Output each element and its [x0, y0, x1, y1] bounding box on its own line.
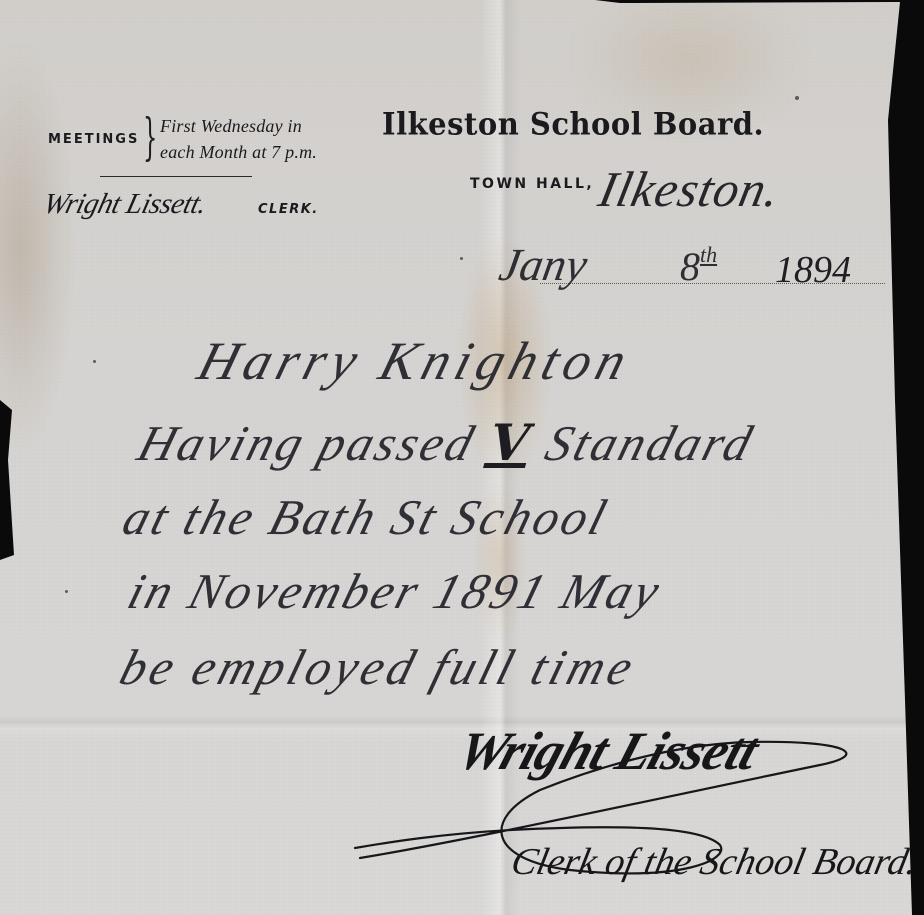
- ink-speck: [65, 590, 68, 593]
- signature-name: Wright Lissett: [450, 720, 766, 782]
- date-day: 8th: [680, 242, 717, 290]
- meetings-brace: }: [143, 112, 157, 162]
- address-printed: TOWN HALL,: [470, 176, 594, 192]
- meetings-schedule-line-2: each Month at 7 p.m.: [160, 142, 317, 163]
- letterhead-clerk-title: CLERK.: [258, 202, 319, 217]
- letterhead-clerk-name: Wright Lissett.: [40, 188, 210, 221]
- ink-speck: [795, 96, 799, 100]
- standard-roman-numeral: V: [482, 413, 541, 472]
- date-month: Jany: [495, 238, 591, 291]
- body-line-5: be employed full time: [114, 638, 644, 696]
- body-line-2-end: Standard: [539, 415, 761, 471]
- body-line-2: Having passed V Standard: [132, 413, 762, 472]
- document-photo: MEETINGS } First Wednesday in each Month…: [0, 0, 924, 915]
- meetings-label: MEETINGS: [48, 132, 139, 147]
- letterhead-divider: [100, 176, 252, 177]
- body-line-3: at the Bath St School: [117, 488, 616, 546]
- ink-speck: [460, 257, 463, 260]
- date-day-suffix: th: [700, 242, 717, 267]
- ink-speck: [93, 360, 96, 363]
- body-line-2-start: Having passed: [132, 415, 483, 471]
- address-handwritten: Ilkeston.: [594, 160, 786, 218]
- letter-paper: MEETINGS } First Wednesday in each Month…: [0, 0, 924, 915]
- date-day-number: 8: [680, 244, 700, 289]
- body-line-4: in November 1891 May: [122, 562, 669, 620]
- organization-title: Ilkeston School Board.: [382, 106, 764, 142]
- signature-title: Clerk of the School Board.: [507, 840, 921, 884]
- date-year: 1894: [775, 248, 851, 292]
- body-line-1: Harry Knighton: [191, 330, 639, 392]
- meetings-schedule-line-1: First Wednesday in: [160, 116, 302, 137]
